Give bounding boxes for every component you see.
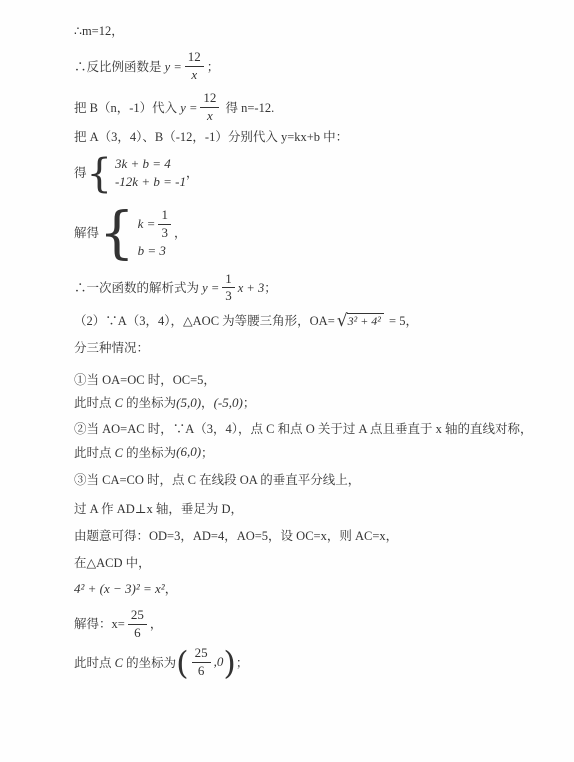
solution-line-substitute-b: 把 B（n，-1）代入 y = 12 x 得 n=-12. (74, 91, 536, 124)
solution-line-x-value: 解得：x= 25 6 ， (74, 608, 536, 641)
point-variable: C (115, 396, 123, 410)
line-punct: ； (207, 60, 220, 74)
line-punct: ， (186, 166, 199, 180)
right-paren: ) (223, 647, 235, 679)
solution-line-m-value: ∴m=12， (74, 24, 536, 38)
line-text: （2）∵A（3，4），△AOC 为等腰三角形，OA= (74, 314, 335, 328)
fraction-denominator: 6 (198, 663, 205, 679)
coordinate-tail: ,0 (214, 655, 224, 670)
line-text: 由题意可得：OD=3，AD=4，AO=5，设 OC=x，则 AC=x， (74, 529, 398, 543)
solution-line-pythagorean-equation: 4² + (x − 3)² = x² ， (74, 582, 536, 597)
fraction-denominator: 3 (225, 288, 232, 304)
system-row-b: b = 3 (138, 244, 166, 259)
point-variable: C (115, 446, 123, 460)
equation-lhs: y = (202, 281, 219, 295)
system-row-k: k = 1 3 (138, 208, 174, 241)
fraction: 12 x (185, 50, 204, 83)
line-text: ①当 OA=OC 时，OC=5， (74, 373, 216, 387)
radicand: 3² + 4² (347, 313, 384, 329)
solution-line-case2: ②当 AO=AC 时，∵A（3，4），点 C 和点 O 关于过 A 点且垂直于 … (74, 422, 536, 436)
line-text: ∴一次函数的解析式为 (74, 281, 202, 295)
fraction-denominator: x (207, 108, 213, 124)
fraction: 1 3 (222, 272, 235, 305)
coordinate-1: (5,0) (176, 396, 201, 411)
page: { "glyphs": { "brace": "{", "radical": "… (0, 0, 574, 762)
equation-tail: x + 3 (238, 281, 264, 295)
line-punct: ， (165, 582, 178, 596)
fraction-numerator: 1 (222, 272, 235, 289)
solution-line-perpendicular: 过 A 作 AD⊥x 轴，垂足为 D， (74, 502, 536, 516)
line-text: 的坐标为 (123, 446, 176, 460)
solution-line-linear-function: ∴一次函数的解析式为 y = 1 3 x + 3 ； (74, 272, 536, 305)
solution-line-case1: ①当 OA=OC 时，OC=5， (74, 373, 536, 387)
solution-line-equation-system: 得 { 3k + b = 4 -12k + b = -1 ， (74, 154, 536, 194)
solution-line-case3-coords: 此时点 C 的坐标为 ( 25 6 ,0 ) ； (74, 646, 536, 679)
line-text: 解得：x= (74, 617, 125, 631)
line-text: 分三种情况： (74, 341, 149, 355)
line-text: ②当 AO=AC 时，∵A（3，4），点 C 和点 O 关于过 A 点且垂直于 … (74, 422, 532, 436)
line-text: 在△ACD 中， (74, 556, 151, 570)
line-text: 的坐标为 (123, 656, 176, 670)
fraction: 12 x (200, 91, 219, 124)
equation-lhs: y = (180, 101, 197, 115)
point-variable: C (115, 656, 123, 670)
line-text: 把 A（3，4）、B（-12，-1）分别代入 y=kx+b 中： (74, 130, 348, 144)
line-punct: ； (243, 396, 256, 410)
system-equation-1: 3k + b = 4 (115, 157, 171, 172)
coordinate-2: (-5,0) (214, 396, 243, 411)
solution-line-substitute-a-b: 把 A（3，4）、B（-12，-1）分别代入 y=kx+b 中： (74, 130, 536, 144)
fraction-numerator: 1 (158, 208, 171, 225)
left-brace: { (87, 154, 112, 194)
line-text: 解得 (74, 226, 99, 240)
separator: ， (201, 396, 214, 410)
solution-line-case2-coords: 此时点 C 的坐标为 (6,0) ； (74, 445, 536, 460)
line-text: ∴反比例函数是 (74, 60, 165, 74)
line-punct: ； (201, 446, 214, 460)
equation-system: { k = 1 3 b = 3 (99, 206, 174, 262)
coordinate-1: (6,0) (176, 445, 201, 460)
line-text: 把 B（n，-1）代入 (74, 101, 180, 115)
fraction-numerator: 12 (200, 91, 219, 108)
line-text: 过 A 作 AD⊥x 轴，垂足为 D， (74, 502, 243, 516)
solution-line-system-solution: 解得 { k = 1 3 b = 3 ， (74, 206, 536, 262)
equation: 4² + (x − 3)² = x² (74, 582, 165, 597)
system-equation-2: -12k + b = -1 (115, 175, 186, 190)
solution-line-triangle-acd: 在△ACD 中， (74, 556, 536, 570)
fraction: 25 6 (192, 646, 211, 679)
fraction: 1 3 (158, 208, 171, 241)
system-rows: k = 1 3 b = 3 (138, 208, 174, 259)
line-text: = 5， (386, 314, 418, 328)
line-punct: ， (150, 617, 163, 631)
system-rows: 3k + b = 4 -12k + b = -1 (115, 157, 186, 190)
line-text: ∴m=12， (74, 24, 124, 38)
fraction: 25 6 (128, 608, 147, 641)
solution-line-inverse-function: ∴反比例函数是 y = 12 x ； (74, 50, 536, 83)
solution-line-three-cases: 分三种情况： (74, 341, 536, 355)
fraction-denominator: 3 (161, 225, 168, 241)
line-punct: ； (264, 281, 277, 295)
line-text: 此时点 (74, 656, 115, 670)
square-root: √ 3² + 4² (337, 313, 384, 329)
left-paren: ( (176, 647, 188, 679)
line-text: 此时点 (74, 446, 115, 460)
equation-lhs: k = (138, 217, 156, 232)
solution-line-part2-oa-length: （2）∵A（3，4），△AOC 为等腰三角形，OA= √ 3² + 4² = 5… (74, 313, 536, 329)
fraction-numerator: 25 (192, 646, 211, 663)
line-punct: ； (236, 656, 249, 670)
fraction-numerator: 12 (185, 50, 204, 67)
solution-line-case3: ③当 CA=CO 时，点 C 在线段 OA 的垂直平分线上， (74, 473, 536, 487)
line-text: ③当 CA=CO 时，点 C 在线段 OA 的垂直平分线上， (74, 473, 360, 487)
solution-line-known-lengths: 由题意可得：OD=3，AD=4，AO=5，设 OC=x，则 AC=x， (74, 529, 536, 543)
line-text: 的坐标为 (123, 396, 176, 410)
equation-lhs: y = (165, 60, 182, 74)
left-brace: { (99, 206, 135, 262)
line-text: 得 n=-12. (222, 101, 274, 115)
fraction-denominator: 6 (134, 625, 141, 641)
solution-line-case1-coords: 此时点 C 的坐标为 (5,0) ， (-5,0) ； (74, 396, 536, 411)
line-text: 得 (74, 166, 87, 180)
line-punct: ， (174, 226, 187, 240)
fraction-denominator: x (191, 67, 197, 83)
fraction-numerator: 25 (128, 608, 147, 625)
line-text: 此时点 (74, 396, 115, 410)
math-solution-document: ∴m=12， ∴反比例函数是 y = 12 x ； 把 B（n，-1）代入 y … (0, 0, 574, 679)
equation-system: { 3k + b = 4 -12k + b = -1 (87, 154, 186, 194)
